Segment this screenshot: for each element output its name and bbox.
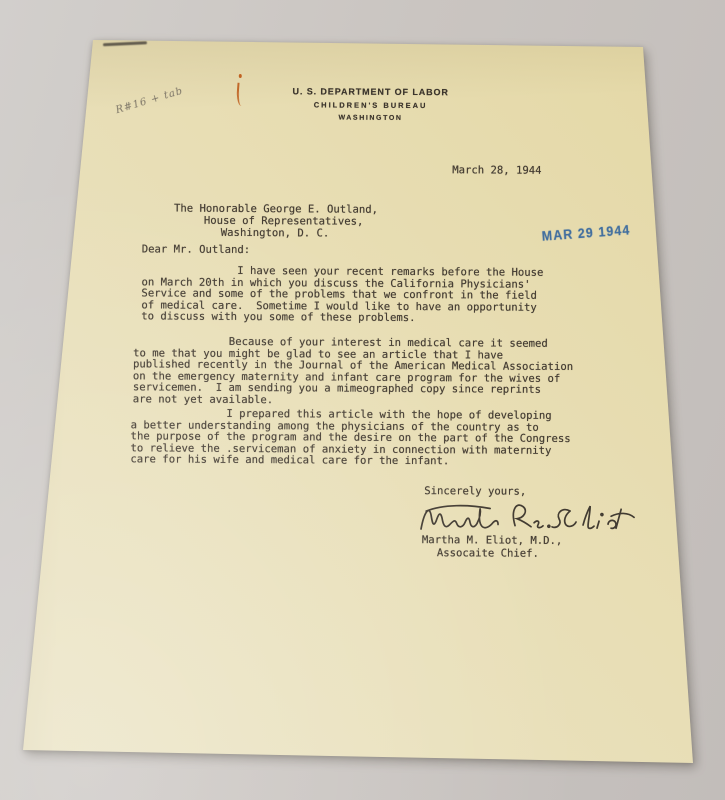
typed-name: Martha M. Eliot, M.D., bbox=[422, 535, 562, 547]
body-paragraph-1: I have seen your recent remarks before t… bbox=[141, 265, 543, 325]
paper-shadow-wrap: U. S. DEPARTMENT OF LABOR CHILDREN'S BUR… bbox=[0, 0, 725, 800]
date-line: March 28, 1944 bbox=[452, 165, 541, 177]
typed-title: Assocaite Chief. bbox=[437, 548, 539, 560]
signature-path bbox=[421, 508, 498, 529]
handwritten-signature bbox=[418, 498, 636, 539]
received-date-stamp: MAR 29 1944 bbox=[541, 222, 631, 243]
letterhead-city: WASHINGTON bbox=[260, 114, 482, 122]
closing: Sincerely yours, bbox=[424, 486, 526, 498]
body-paragraph-2: Because of your interest in medical care… bbox=[133, 336, 574, 408]
red-ink-dot bbox=[239, 74, 242, 78]
pencil-note: R#16 + tab bbox=[115, 86, 185, 117]
letterhead: U. S. DEPARTMENT OF LABOR CHILDREN'S BUR… bbox=[260, 86, 482, 122]
photo-backdrop: U. S. DEPARTMENT OF LABOR CHILDREN'S BUR… bbox=[0, 0, 725, 800]
letterhead-agency: U. S. DEPARTMENT OF LABOR bbox=[260, 86, 482, 97]
letterhead-bureau: CHILDREN'S BUREAU bbox=[260, 100, 482, 110]
salutation: Dear Mr. Outland: bbox=[142, 244, 251, 256]
pencil-stroke-mark bbox=[103, 41, 147, 46]
body-paragraph-3: I prepared this article with the hope of… bbox=[130, 408, 570, 469]
recipient-line-3: Washington, D. C. bbox=[221, 228, 330, 240]
letter-paper: U. S. DEPARTMENT OF LABOR CHILDREN'S BUR… bbox=[23, 40, 693, 763]
letter-content: U. S. DEPARTMENT OF LABOR CHILDREN'S BUR… bbox=[19, 40, 693, 767]
red-ink-mark bbox=[236, 83, 246, 107]
